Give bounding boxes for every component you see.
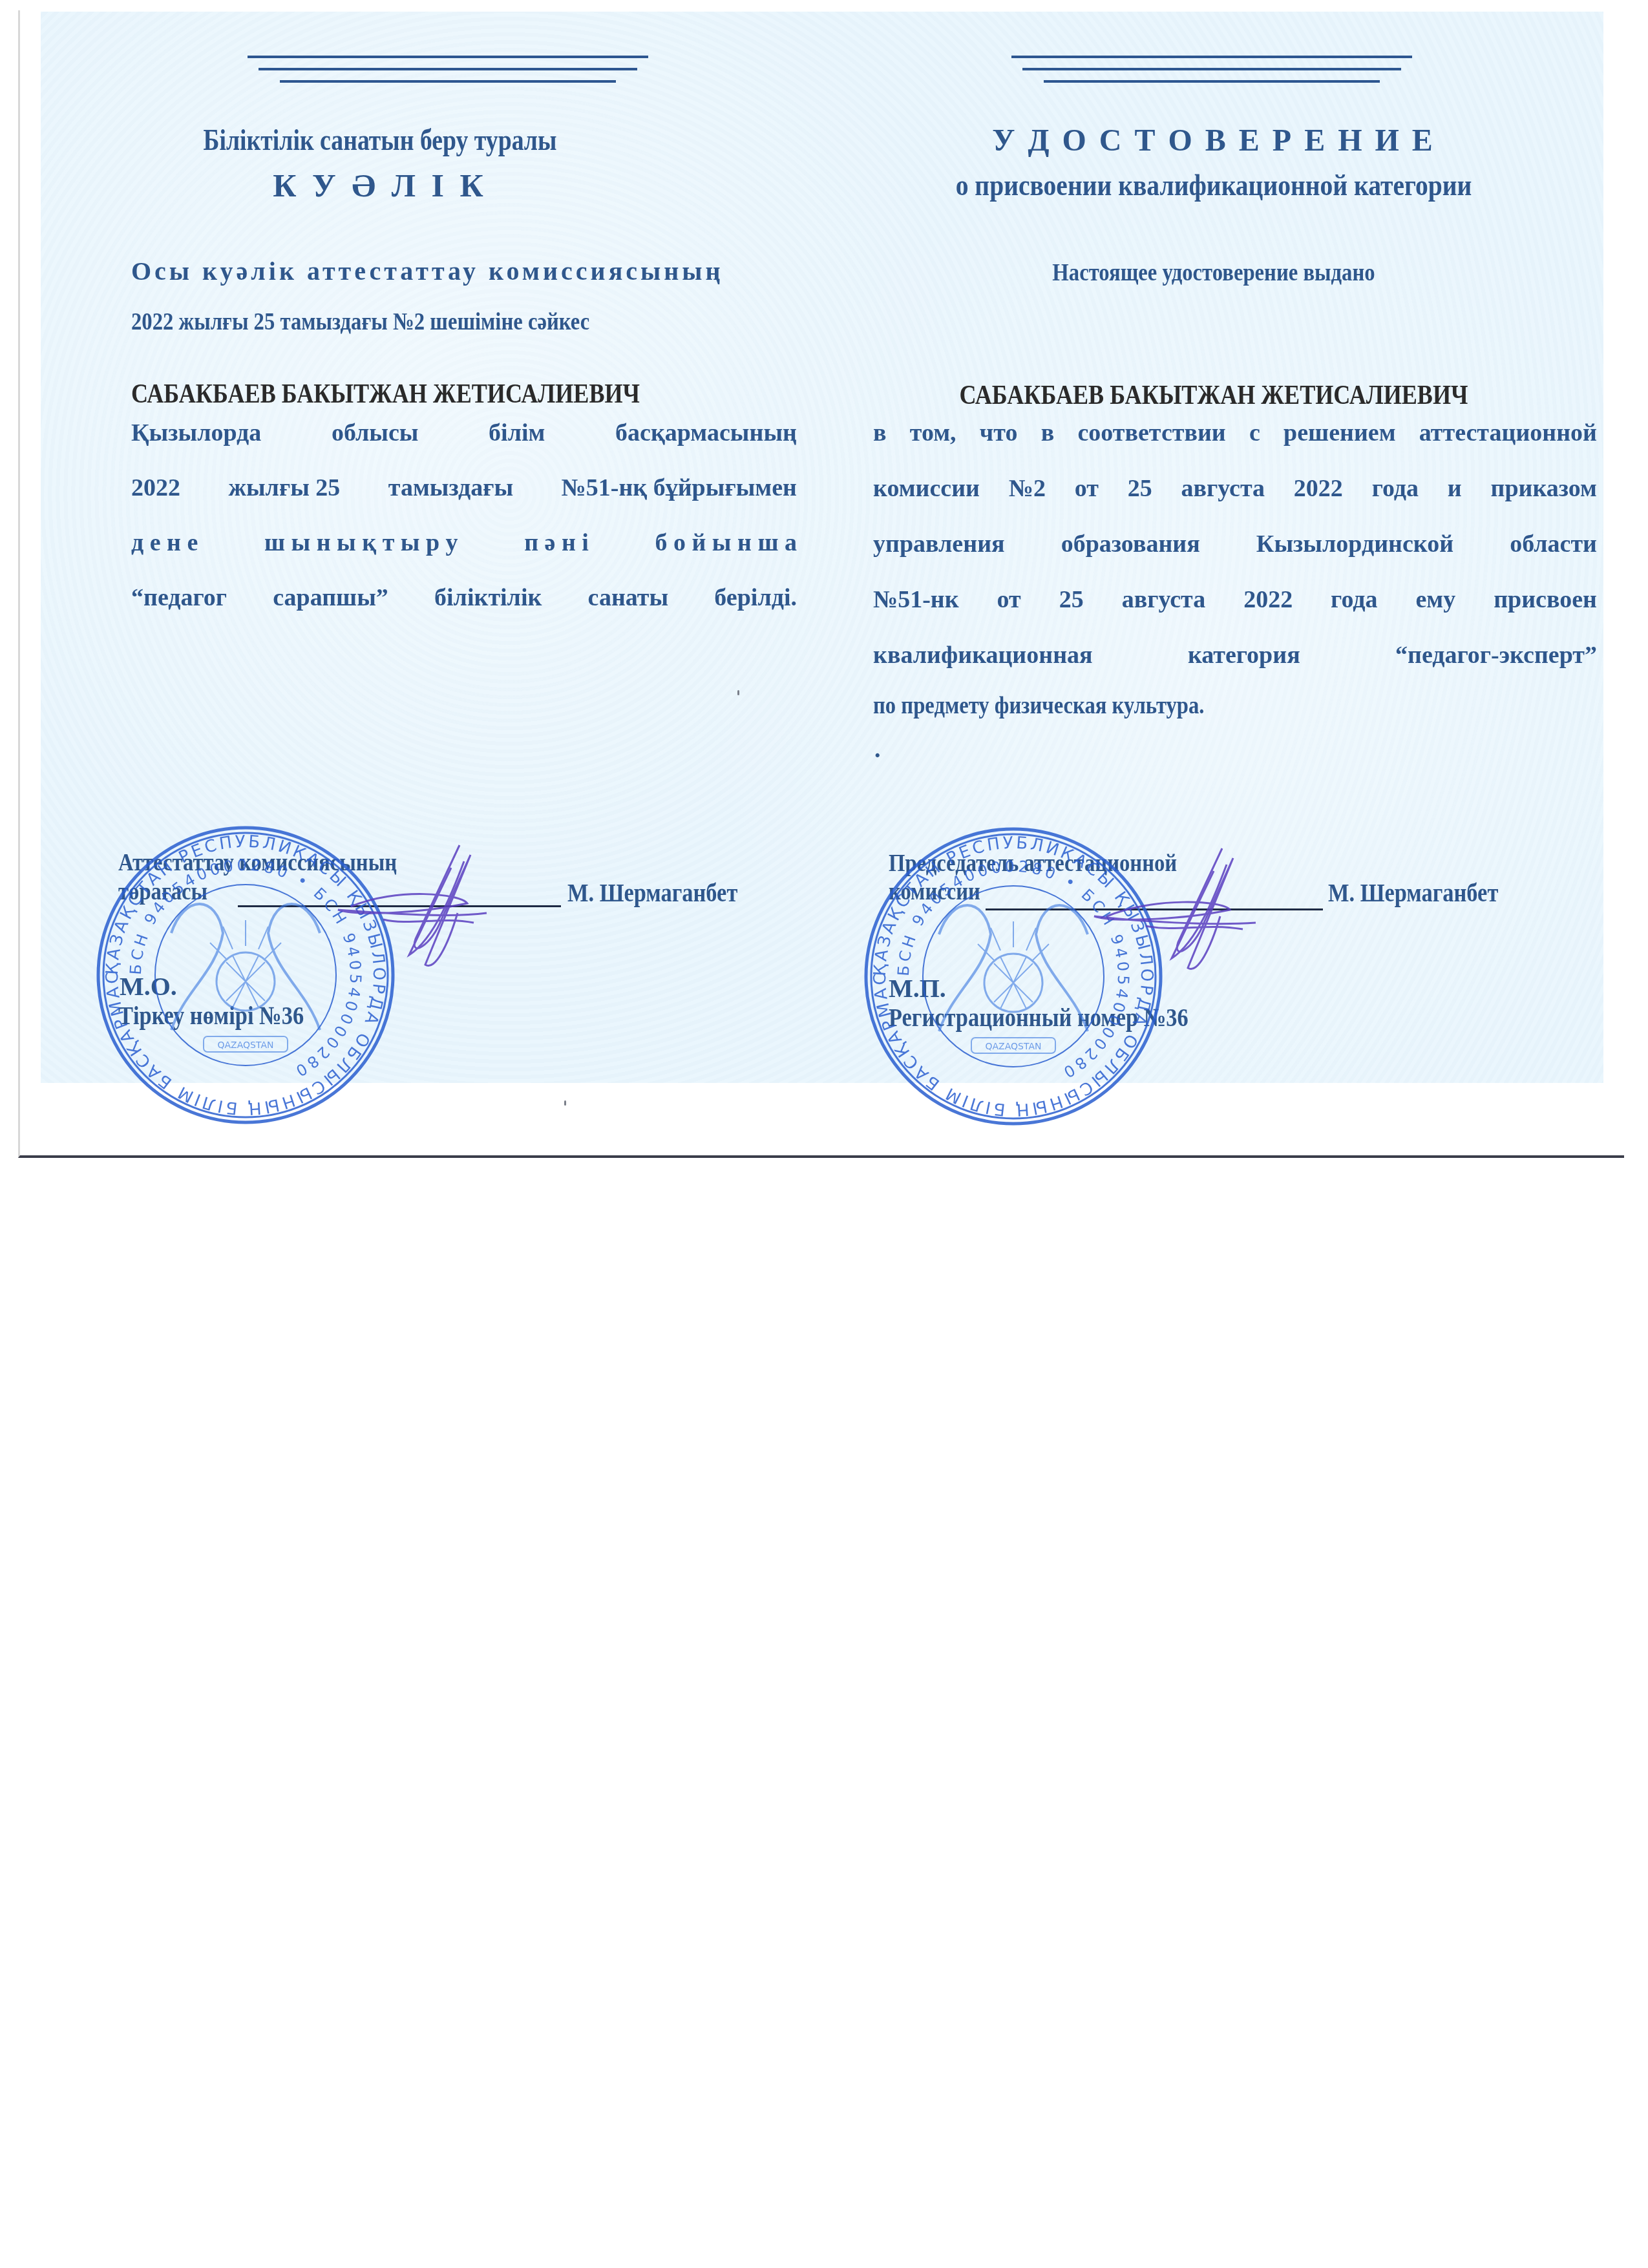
ru-stray-mark: . — [874, 735, 881, 764]
ru-body-line: квалификационнаякатегория“педагог-экспер… — [873, 641, 1597, 669]
signature-icon — [319, 842, 512, 991]
word: приказом — [1491, 474, 1597, 503]
word: и — [1448, 474, 1462, 503]
word: присвоен — [1494, 585, 1597, 614]
word: года — [1331, 585, 1377, 614]
word: “педагог — [131, 583, 227, 612]
word: жылғы 25 — [228, 474, 340, 502]
stamp-emblem-caption: QAZAQSTAN — [218, 1040, 274, 1051]
ru-signatory-name: М. Шермаганбет — [1328, 877, 1498, 908]
word: том, — [910, 419, 956, 447]
word: управления — [873, 530, 1005, 558]
word: с — [1249, 419, 1260, 447]
divider — [259, 68, 637, 70]
divider — [1011, 56, 1412, 58]
scanned-sheet: Біліктілік санатын беру туралы К У Ә Л І… — [18, 10, 1624, 1158]
word: квалификационная — [873, 641, 1093, 669]
word: августа — [1181, 474, 1265, 503]
word: берілді. — [714, 583, 797, 612]
kz-body-line: д е н еш ы н ы қ т ы р уп ә н іб о й ы н… — [131, 529, 797, 557]
ru-document-type: У Д О С Т О В Е Р Е Н И Е — [842, 123, 1585, 158]
word: басқармасының — [615, 419, 797, 447]
word: облысы — [332, 419, 419, 447]
word: санаты — [588, 583, 669, 612]
word: Кызылординской — [1256, 530, 1453, 558]
word: біліктілік — [434, 583, 542, 612]
word: от — [1075, 474, 1099, 503]
ru-body-line: №51-нкот25августа2022годаемуприсвоен — [873, 585, 1597, 614]
certificate-card: Біліктілік санатын беру туралы К У Ә Л І… — [41, 12, 1603, 1083]
word: тамыздағы — [388, 474, 513, 502]
word: ему — [1415, 585, 1455, 614]
stamp-emblem-caption: QAZAQSTAN — [986, 1042, 1042, 1052]
kz-body-line: “педагогсарапшы”біліктіліксанатыберілді. — [131, 583, 797, 612]
word: аттестационной — [1419, 419, 1597, 447]
kz-holder-name: САБАКБАЕВ БАКЫТЖАН ЖЕТИСАЛИЕВИЧ — [131, 379, 640, 410]
word: что — [980, 419, 1018, 447]
word: соответствии — [1077, 419, 1225, 447]
ru-intro: Настоящее удостоверение выдано — [894, 258, 1534, 287]
ru-body-line: втом,чтовсоответствиисрешениематтестацио… — [873, 419, 1597, 447]
word: д е н е — [131, 529, 198, 557]
word: б о й ы н ш а — [655, 529, 797, 557]
word: 2022 — [131, 474, 180, 502]
word: от — [997, 585, 1021, 614]
signature-icon — [1081, 845, 1275, 994]
divider — [1022, 68, 1401, 70]
kz-body-line: 2022жылғы 25тамыздағы№51-нқ бұйрығымен — [131, 474, 797, 502]
word: комиссии — [873, 474, 980, 503]
scan-speck — [737, 690, 739, 695]
word: области — [1510, 530, 1597, 558]
kz-title: Біліктілік санатын беру туралы — [102, 123, 659, 157]
ru-body-line: управленияобразованияКызылординскойоблас… — [873, 530, 1597, 558]
word: №51-нқ бұйрығымен — [562, 474, 797, 502]
word: года — [1372, 474, 1419, 503]
word: ш ы н ы қ т ы р у — [264, 529, 458, 557]
divider — [280, 80, 616, 83]
russian-page: У Д О С Т О В Е Р Е Н И Е о присвоении к… — [842, 12, 1603, 1083]
ru-body-line: комиссии№2от25августа2022годаиприказом — [873, 474, 1597, 503]
word: №51-нк — [873, 585, 959, 614]
word: №2 — [1009, 474, 1046, 503]
word: 2022 — [1294, 474, 1343, 503]
word: в — [873, 419, 887, 447]
scan-speck — [564, 1100, 566, 1106]
word: “педагог-эксперт” — [1395, 641, 1597, 669]
header-rules — [1011, 56, 1412, 92]
word: августа — [1122, 585, 1206, 614]
ru-title: о присвоении квалификационной категории — [894, 168, 1534, 202]
kazakh-page: Біліктілік санатын беру туралы К У Ә Л І… — [41, 12, 823, 1083]
word: категория — [1188, 641, 1300, 669]
header-rules — [248, 56, 648, 92]
word: п ә н і — [524, 529, 589, 557]
kz-intro-line-2: 2022 жылғы 25 тамыздағы №2 шешіміне сәйк… — [131, 308, 589, 336]
word: сарапшы” — [273, 583, 388, 612]
kz-signatory-name: М. Шермаганбет — [567, 877, 737, 908]
word: решением — [1284, 419, 1396, 447]
divider — [248, 56, 648, 58]
ru-holder-name: САБАКБАЕВ БАКЫТЖАН ЖЕТИСАЛИЕВИЧ — [894, 380, 1534, 411]
word: в — [1041, 419, 1055, 447]
kz-document-type: К У Ә Л І К — [41, 167, 719, 204]
kz-body-line: Қызылордаоблысыбілімбасқармасының — [131, 419, 797, 447]
word: 2022 — [1243, 585, 1293, 614]
ru-body-last-line: по предмету физическая культура. — [873, 691, 1205, 720]
word: 25 — [1128, 474, 1152, 503]
word: 25 — [1059, 585, 1084, 614]
divider — [1044, 80, 1380, 83]
word: білім — [489, 419, 545, 447]
kz-intro-line-1: Осы куәлік аттестаттау комиссиясының — [131, 256, 724, 286]
word: Қызылорда — [131, 419, 261, 447]
word: образования — [1061, 530, 1200, 558]
